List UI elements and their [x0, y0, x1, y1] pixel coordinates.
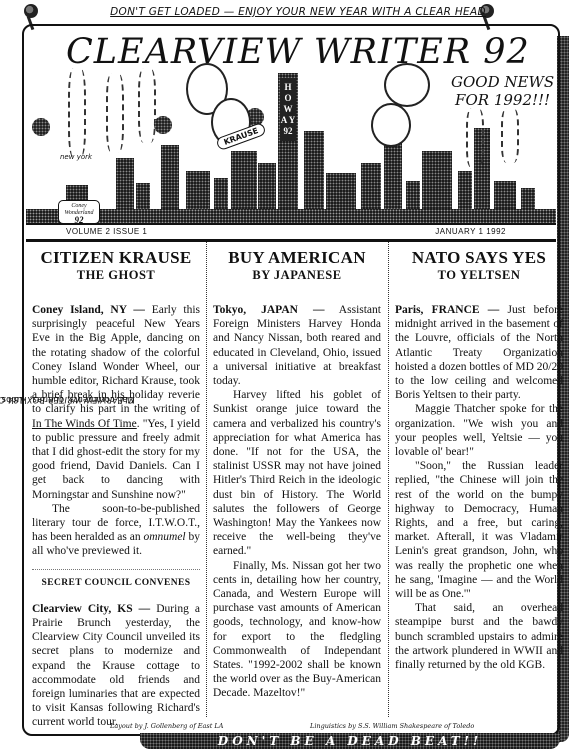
- paragraph-text: Early this surprisingly peaceful New Yea…: [32, 304, 200, 415]
- book-title: In The Winds Of Time: [32, 418, 137, 430]
- subhead: BY JAPANESE: [213, 267, 381, 283]
- article-paragraph: Maggie Thatcher spoke for the organizati…: [395, 402, 563, 459]
- paragraph-text: Assistant Foreign Ministers Harvey Honda…: [213, 304, 381, 387]
- top-banner: DON'T GET LOADED — ENJOY YOUR NEW YEAR W…: [88, 6, 508, 18]
- newspaper-subtitle: GOOD NEWS FOR 1992!!!: [451, 73, 554, 109]
- italic-word: omnumel: [143, 531, 185, 543]
- article-nato-says-yes: NATO SAYS YES TO YELTSEN Paris, FRANCE —…: [395, 244, 563, 716]
- dateline: Coney Island, NY —: [32, 304, 145, 316]
- article-paragraph: "Soon," the Russian leader replied, "the…: [395, 459, 563, 601]
- column-divider: [206, 242, 207, 717]
- apple-icon: [32, 118, 50, 136]
- side-margin-mailing-info: Mail comments, queries, kudos and your c…: [2, 95, 20, 705]
- article-paragraph: The soon-to-be-published literary tour d…: [32, 502, 200, 559]
- newspaper-title: CLEARVIEW WRITER 92: [66, 32, 530, 72]
- article-buy-american: BUY AMERICAN BY JAPANESE Tokyo, JAPAN — …: [213, 244, 381, 716]
- article-paragraph: Finally, Ms. Nissan got her two cents in…: [213, 559, 381, 701]
- article-paragraph: Coney Island, NY — Early this surprising…: [32, 303, 200, 502]
- column-divider: [388, 242, 389, 717]
- apple-icon: [154, 116, 172, 134]
- issue-strip: VOLUME 2 ISSUE 1 JANUARY 1 1992: [26, 223, 556, 242]
- subhead: THE GHOST: [32, 267, 200, 283]
- subtitle-line-2: FOR 1992!!!: [451, 91, 554, 109]
- article-citizen-krause: CITIZEN KRAUSE THE GHOST Coney Island, N…: [32, 244, 200, 716]
- headline: CITIZEN KRAUSE: [32, 248, 200, 267]
- dateline: Clearview City, KS —: [32, 603, 150, 615]
- paragraph-text: During a Prairie Brunch yesterday, the C…: [32, 603, 200, 729]
- pushpin-icon-left: [24, 4, 38, 18]
- paragraph-text: Just before midnight arrived in the base…: [395, 304, 563, 401]
- balloon-icon: [371, 103, 411, 147]
- article-paragraph: Harvey lifted his goblet of Sunkist oran…: [213, 388, 381, 558]
- article-paragraph: That said, an overhead steampipe burst a…: [395, 601, 563, 672]
- headline: NATO SAYS YES: [395, 248, 563, 267]
- stamp-year: 92: [75, 215, 84, 223]
- dateline: Paris, FRANCE —: [395, 304, 499, 316]
- headline: BUY AMERICAN: [213, 248, 381, 267]
- new-york-label: new york: [60, 153, 92, 161]
- dateline: Tokyo, JAPAN —: [213, 304, 324, 316]
- paragraph-text: . "Yes, I yield to public pressure and f…: [32, 418, 200, 501]
- subtitle-line-1: GOOD NEWS: [451, 73, 554, 91]
- article-paragraph: Clearview City, KS — During a Prairie Br…: [32, 602, 200, 730]
- article-paragraph: Paris, FRANCE — Just before midnight arr…: [395, 303, 563, 402]
- layout-credit: Layout by J. Gollenberg of East LA: [110, 722, 223, 730]
- section-subhead: SECRET COUNCIL CONVENES: [32, 569, 200, 590]
- linguistics-credit: Linguistics by S.S. William Shakespeare …: [310, 722, 474, 730]
- tower-sign: H O W A Y 92: [280, 78, 296, 141]
- masthead: CLEARVIEW WRITER 92 GOOD NEWS FOR 1992!!…: [26, 28, 556, 223]
- article-paragraph: Tokyo, JAPAN — Assistant Foreign Ministe…: [213, 303, 381, 388]
- issue-date: JANUARY 1 1992: [435, 227, 506, 236]
- volume-issue: VOLUME 2 ISSUE 1: [66, 227, 147, 236]
- subhead: TO YELTSEN: [395, 267, 563, 283]
- footer-slogan: DON'T BE A DEAD BEAT!!: [140, 733, 560, 749]
- coney-stamp: Coney Wonderland 92: [58, 200, 100, 223]
